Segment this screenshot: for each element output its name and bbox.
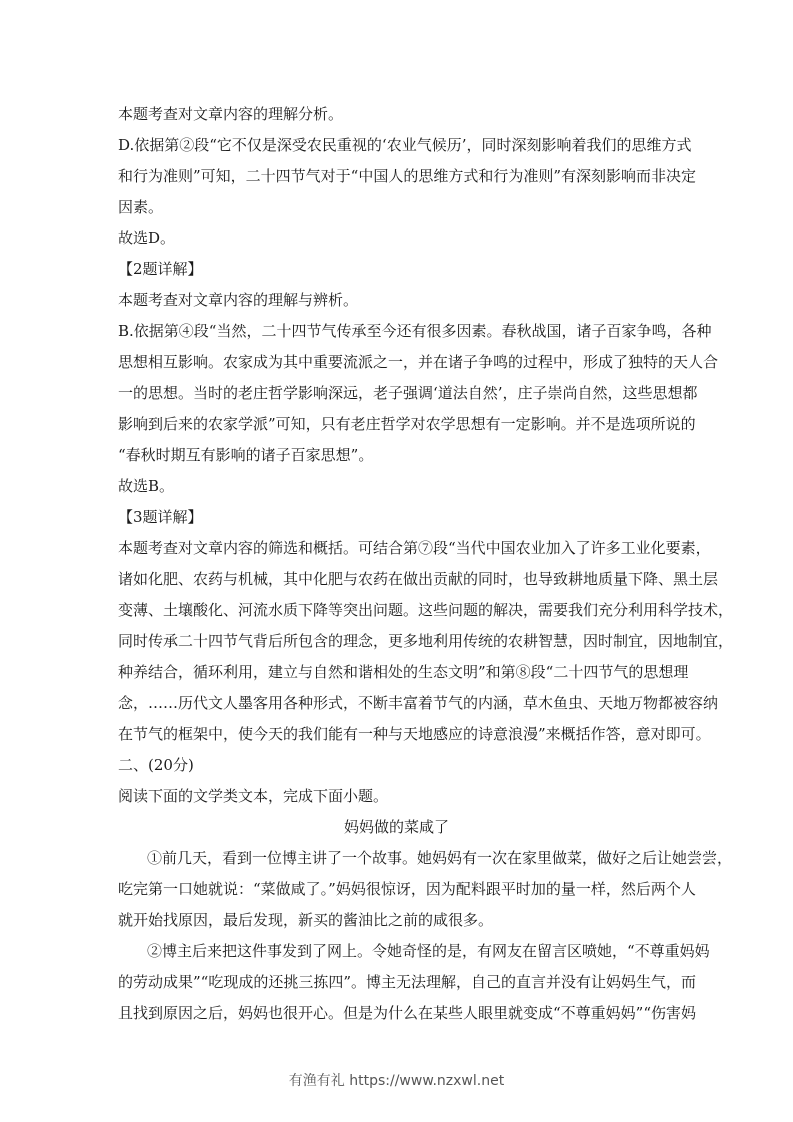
text-line: 和行为准则”可知，二十四节气对于“中国人的思维方式和行为准则”有深刻影响而非决定 — [118, 165, 678, 187]
text-line: 故选D。 — [118, 227, 678, 249]
text-line: 在节气的框架中，使今天的我们能有一种与天地感应的诗意浪漫”来概括作答，意对即可。 — [118, 723, 678, 745]
text-line: 吃完第一口她就说：“菜做咸了。”妈妈很惊讶，因为配料跟平时加的量一样，然后两个人 — [118, 878, 678, 900]
text-line: 就开始找原因，最后发现，新买的酱油比之前的咸很多。 — [118, 909, 678, 931]
text-line: “春秋时期互有影响的诸子百家思想”。 — [118, 444, 678, 466]
text-line: 念，……历代文人墨客用各种形式，不断丰富着节气的内涵，草木鱼虫、天地万物都被容纳 — [118, 692, 678, 714]
text-line: 的劳动成果”“吃现成的还挑三拣四”。博主无法理解，自己的直言并没有让妈妈生气，而 — [118, 971, 678, 993]
text-line: D.依据第②段“它不仅是深受农民重视的‘农业气候历’，同时深刻影响着我们的思维方… — [118, 134, 678, 156]
text-line: 变薄、土壤酸化、河流水质下降等突出问题。这些问题的解决，需要我们充分利用科学技术… — [118, 599, 678, 621]
text-line: ①前几天，看到一位博主讲了一个故事。她妈妈有一次在家里做菜，做好之后让她尝尝， — [147, 847, 678, 869]
text-line: 本题考查对文章内容的理解与辨析。 — [118, 289, 678, 311]
text-line: 本题考查对文章内容的筛选和概括。可结合第⑦段“当代中国农业加入了许多工业化要素， — [118, 537, 678, 559]
text-line: 二、(20分) — [118, 754, 678, 776]
text-line: 种养结合，循环利用，建立与自然和谐相处的生态文明”和第⑧段“二十四节气的思想理 — [118, 661, 678, 683]
text-line: 本题考查对文章内容的理解分析。 — [118, 103, 678, 125]
text-line: ②博主后来把这件事发到了网上。令她奇怪的是，有网友在留言区喷她，“不尊重妈妈 — [147, 940, 678, 962]
text-line: 同时传承二十四节气背后所包含的理念，更多地利用传统的农耕智慧，因时制宜，因地制宜… — [118, 630, 678, 652]
text-line: B.依据第④段“当然，二十四节气传承至今还有很多因素。春秋战国，诸子百家争鸣，各… — [118, 320, 678, 342]
text-line: 一的思想。当时的老庄哲学影响深远，老子强调‘道法自然’，庄子崇尚自然，这些思想都 — [118, 382, 678, 404]
text-line: 【2题详解】 — [118, 258, 678, 280]
text-line: 诸如化肥、农药与机械，其中化肥与农药在做出贡献的同时，也导致耕地质量下降、黑土层 — [118, 568, 678, 590]
text-line: 影响到后来的农家学派”可知，只有老庄哲学对农学思想有一定影响。并不是选项所说的 — [118, 413, 678, 435]
text-line: 故选B。 — [118, 475, 678, 497]
article-title: 妈妈做的菜咸了 — [0, 816, 793, 838]
text-line: 【3题详解】 — [118, 506, 678, 528]
text-line: 因素。 — [118, 196, 678, 218]
text-line: 思想相互影响。农家成为其中重要流派之一，并在诸子争鸣的过程中，形成了独特的天人合 — [118, 351, 678, 373]
text-line: 且找到原因之后，妈妈也很开心。但是为什么在某些人眼里就变成“不尊重妈妈”“伤害妈 — [118, 1002, 678, 1024]
document-page: 本题考查对文章内容的理解分析。D.依据第②段“它不仅是深受农民重视的‘农业气候历… — [0, 0, 793, 1122]
text-line: 阅读下面的文学类文本，完成下面小题。 — [118, 785, 678, 807]
footer-watermark: 有渔有礼 https://www.nzxwl.net — [0, 1070, 793, 1090]
